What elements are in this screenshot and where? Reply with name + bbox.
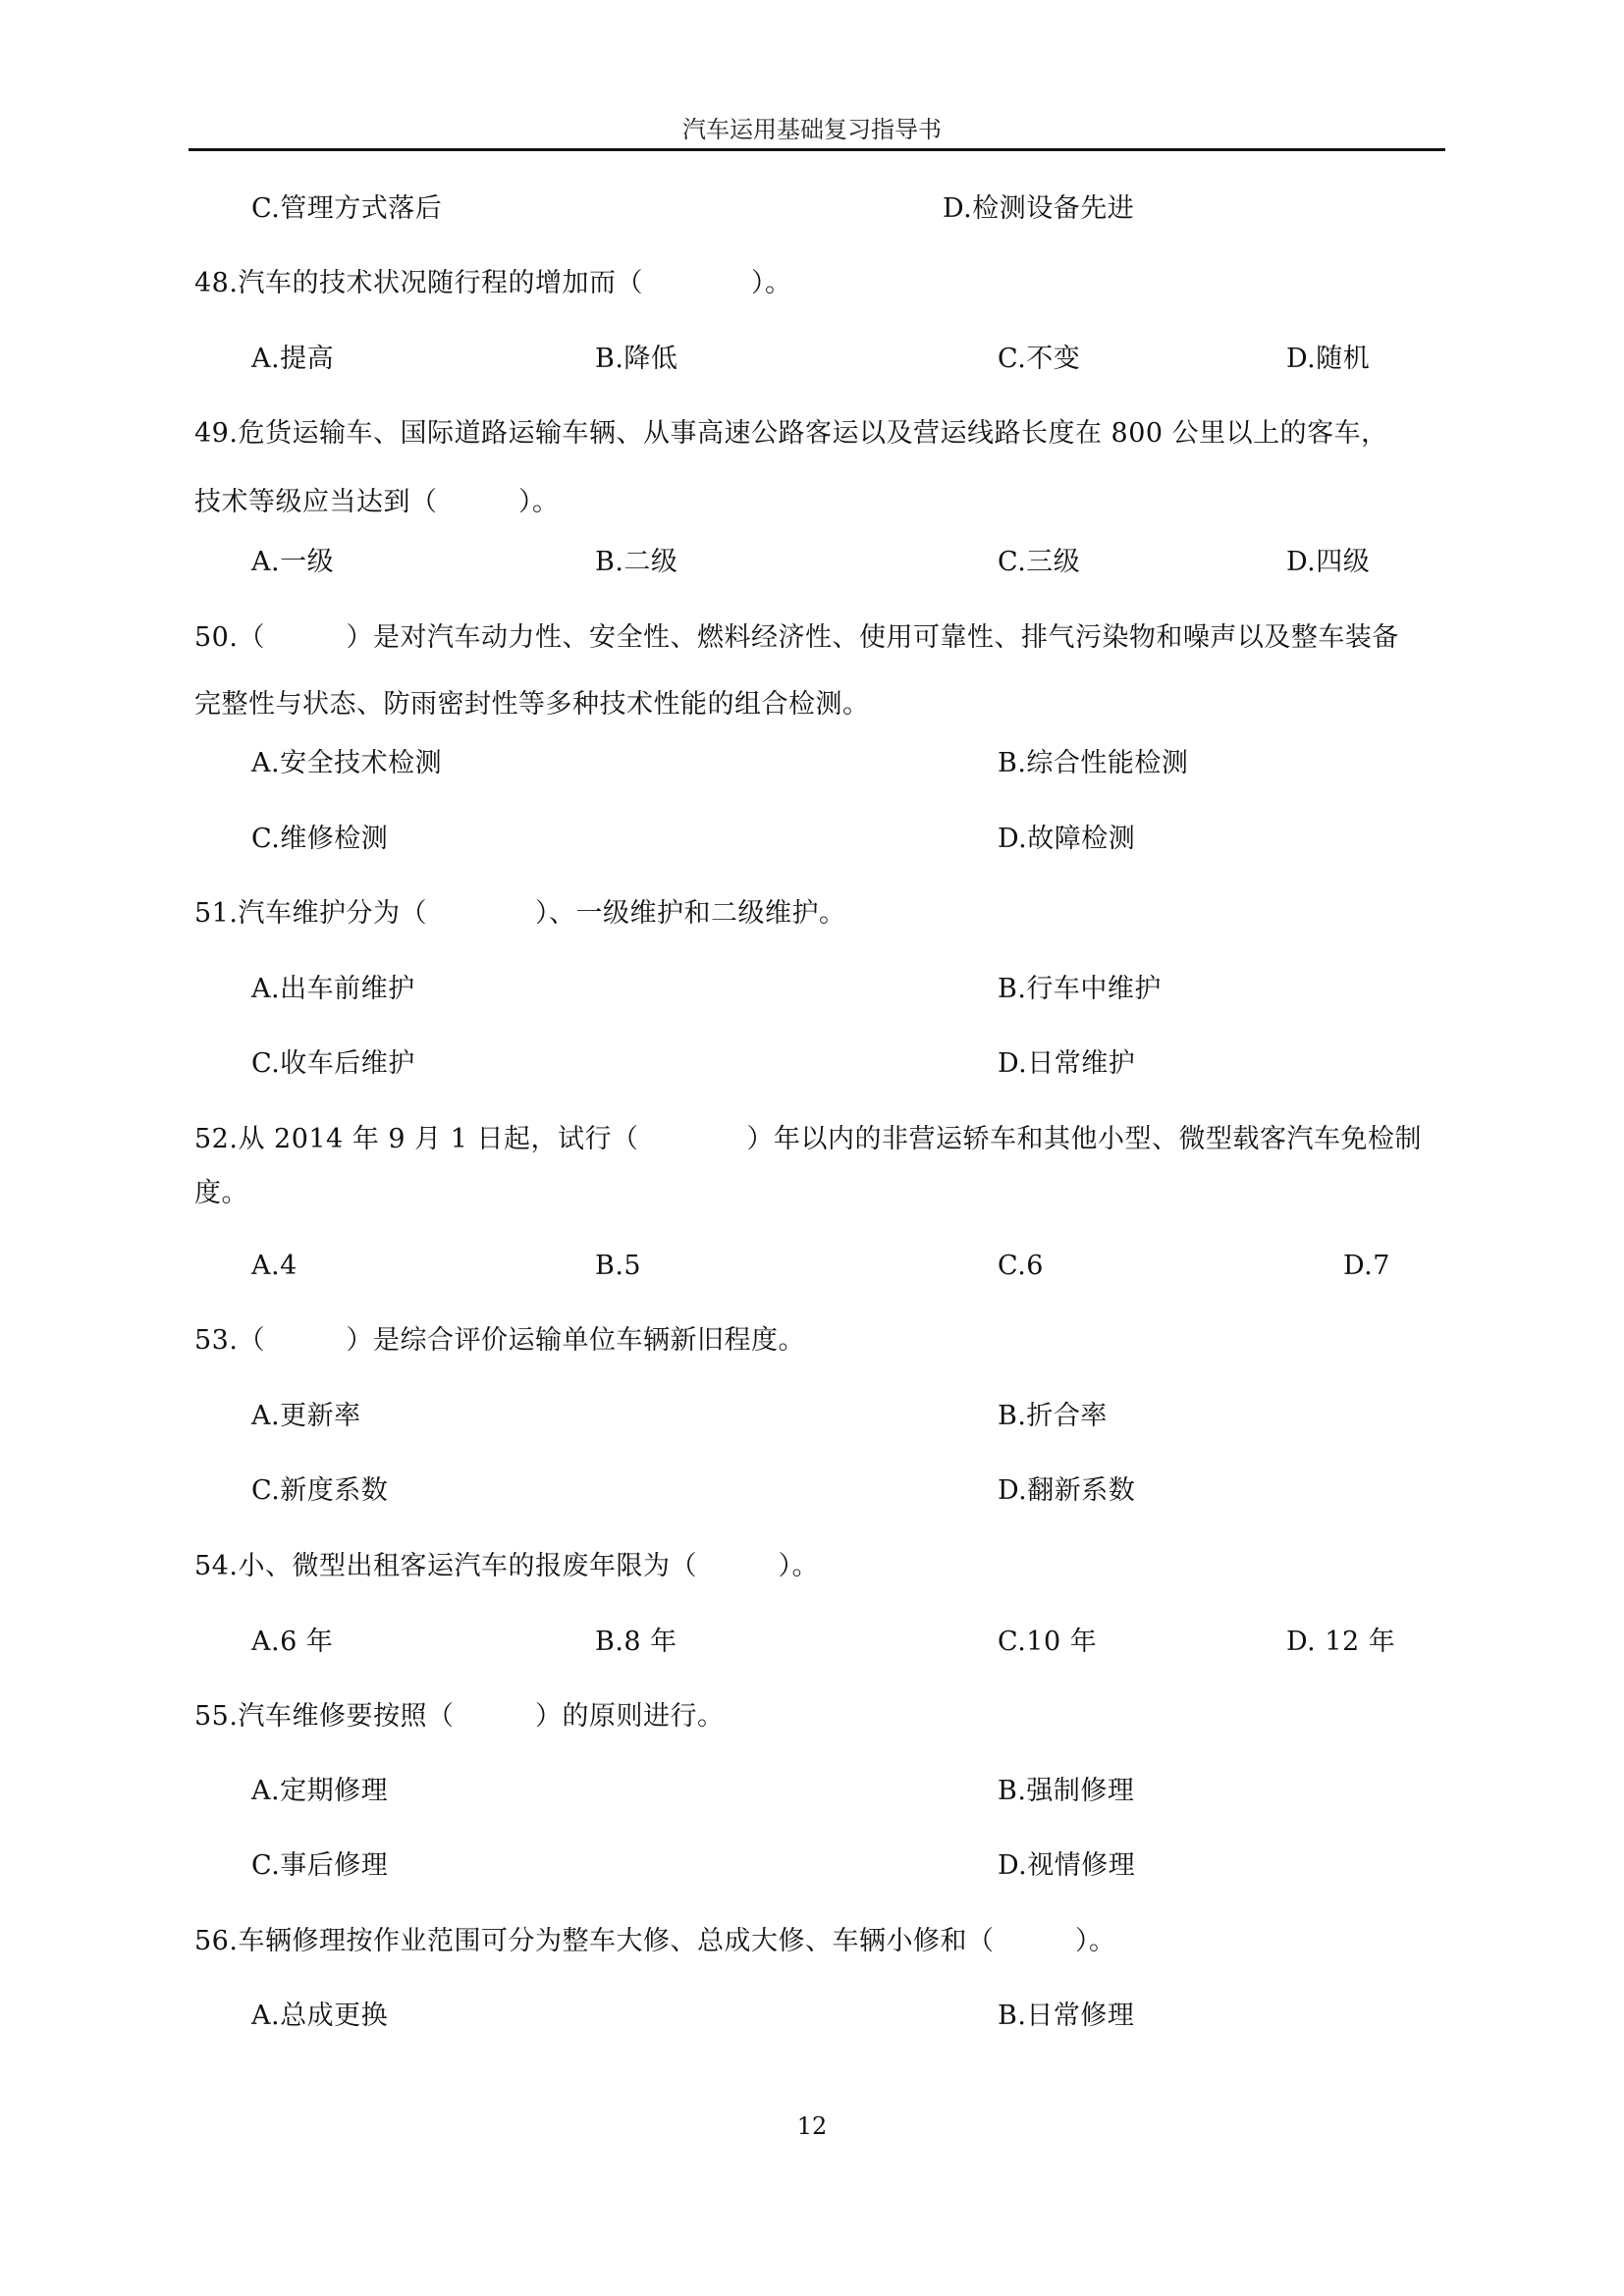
option-item: A.提高 <box>251 343 334 376</box>
option-item: A.总成更换 <box>251 2000 388 2033</box>
option-item: D.日常维护 <box>998 1047 1135 1081</box>
option-item: C.不变 <box>998 343 1080 376</box>
question-text: 48.汽车的技术状况随行程的增加而（ ）。 <box>194 267 791 300</box>
option-item: C.新度系数 <box>251 1474 388 1508</box>
question-text: 55.汽车维修要按照（ ）的原则进行。 <box>194 1700 724 1734</box>
option-item: B.二级 <box>595 546 677 579</box>
option-item: A.一级 <box>251 546 334 579</box>
option-item: A.更新率 <box>251 1400 361 1433</box>
question-text: 度。 <box>194 1177 248 1210</box>
header-title: 汽车运用基础复习指导书 <box>0 116 1624 143</box>
header-divider <box>189 148 1445 151</box>
question-text: 51.汽车维护分为（ ）、一级维护和二级维护。 <box>194 897 845 931</box>
question-text: 53.（ ）是综合评价运输单位车辆新旧程度。 <box>194 1324 805 1358</box>
option-item: C.管理方式落后 <box>251 192 442 226</box>
option-item: B.折合率 <box>998 1400 1108 1433</box>
option-item: D.检测设备先进 <box>943 192 1134 226</box>
question-text: 50.（ ）是对汽车动力性、安全性、燃料经济性、使用可靠性、排气污染物和噪声以及… <box>194 621 1399 655</box>
option-item: B.5 <box>595 1250 641 1283</box>
option-item: B.行车中维护 <box>998 973 1162 1006</box>
option-item: C.事后修理 <box>251 1849 388 1883</box>
question-text: 52.从 2014 年 9 月 1 日起，试行（ ）年以内的非营运轿车和其他小型… <box>194 1123 1422 1156</box>
option-item: B.日常修理 <box>998 2000 1134 2033</box>
option-item: D.随机 <box>1286 343 1370 376</box>
question-text: 56.车辆修理按作业范围可分为整车大修、总成大修、车辆小修和（ ）。 <box>194 1925 1115 1958</box>
option-item: C.6 <box>998 1250 1044 1283</box>
option-item: B.强制修理 <box>998 1775 1134 1808</box>
option-item: A.6 年 <box>251 1626 333 1659</box>
page-number: 12 <box>0 2112 1624 2140</box>
option-item: C.10 年 <box>998 1626 1097 1659</box>
option-item: D. 12 年 <box>1286 1626 1395 1659</box>
option-item: A.4 <box>251 1250 298 1283</box>
option-item: A.安全技术检测 <box>251 747 442 780</box>
option-item: B.降低 <box>595 343 677 376</box>
question-text: 技术等级应当达到（ ）。 <box>194 486 560 519</box>
option-item: C.收车后维护 <box>251 1047 415 1081</box>
option-item: B.综合性能检测 <box>998 747 1188 780</box>
option-item: C.三级 <box>998 546 1080 579</box>
question-text: 54.小、微型出租客运汽车的报废年限为（ ）。 <box>194 1550 819 1583</box>
option-item: D.故障检测 <box>998 823 1135 856</box>
question-text: 完整性与状态、防雨密封性等多种技术性能的组合检测。 <box>194 688 870 721</box>
option-item: B.8 年 <box>595 1626 677 1659</box>
option-item: A.出车前维护 <box>251 973 415 1006</box>
question-text: 49.危货运输车、国际道路运输车辆、从事高速公路客运以及营运线路长度在 800 … <box>194 417 1388 451</box>
option-item: D.翻新系数 <box>998 1474 1135 1508</box>
option-item: D.四级 <box>1286 546 1370 579</box>
option-item: D.视情修理 <box>998 1849 1135 1883</box>
option-item: C.维修检测 <box>251 823 388 856</box>
option-item: A.定期修理 <box>251 1775 388 1808</box>
option-item: D.7 <box>1343 1250 1390 1283</box>
